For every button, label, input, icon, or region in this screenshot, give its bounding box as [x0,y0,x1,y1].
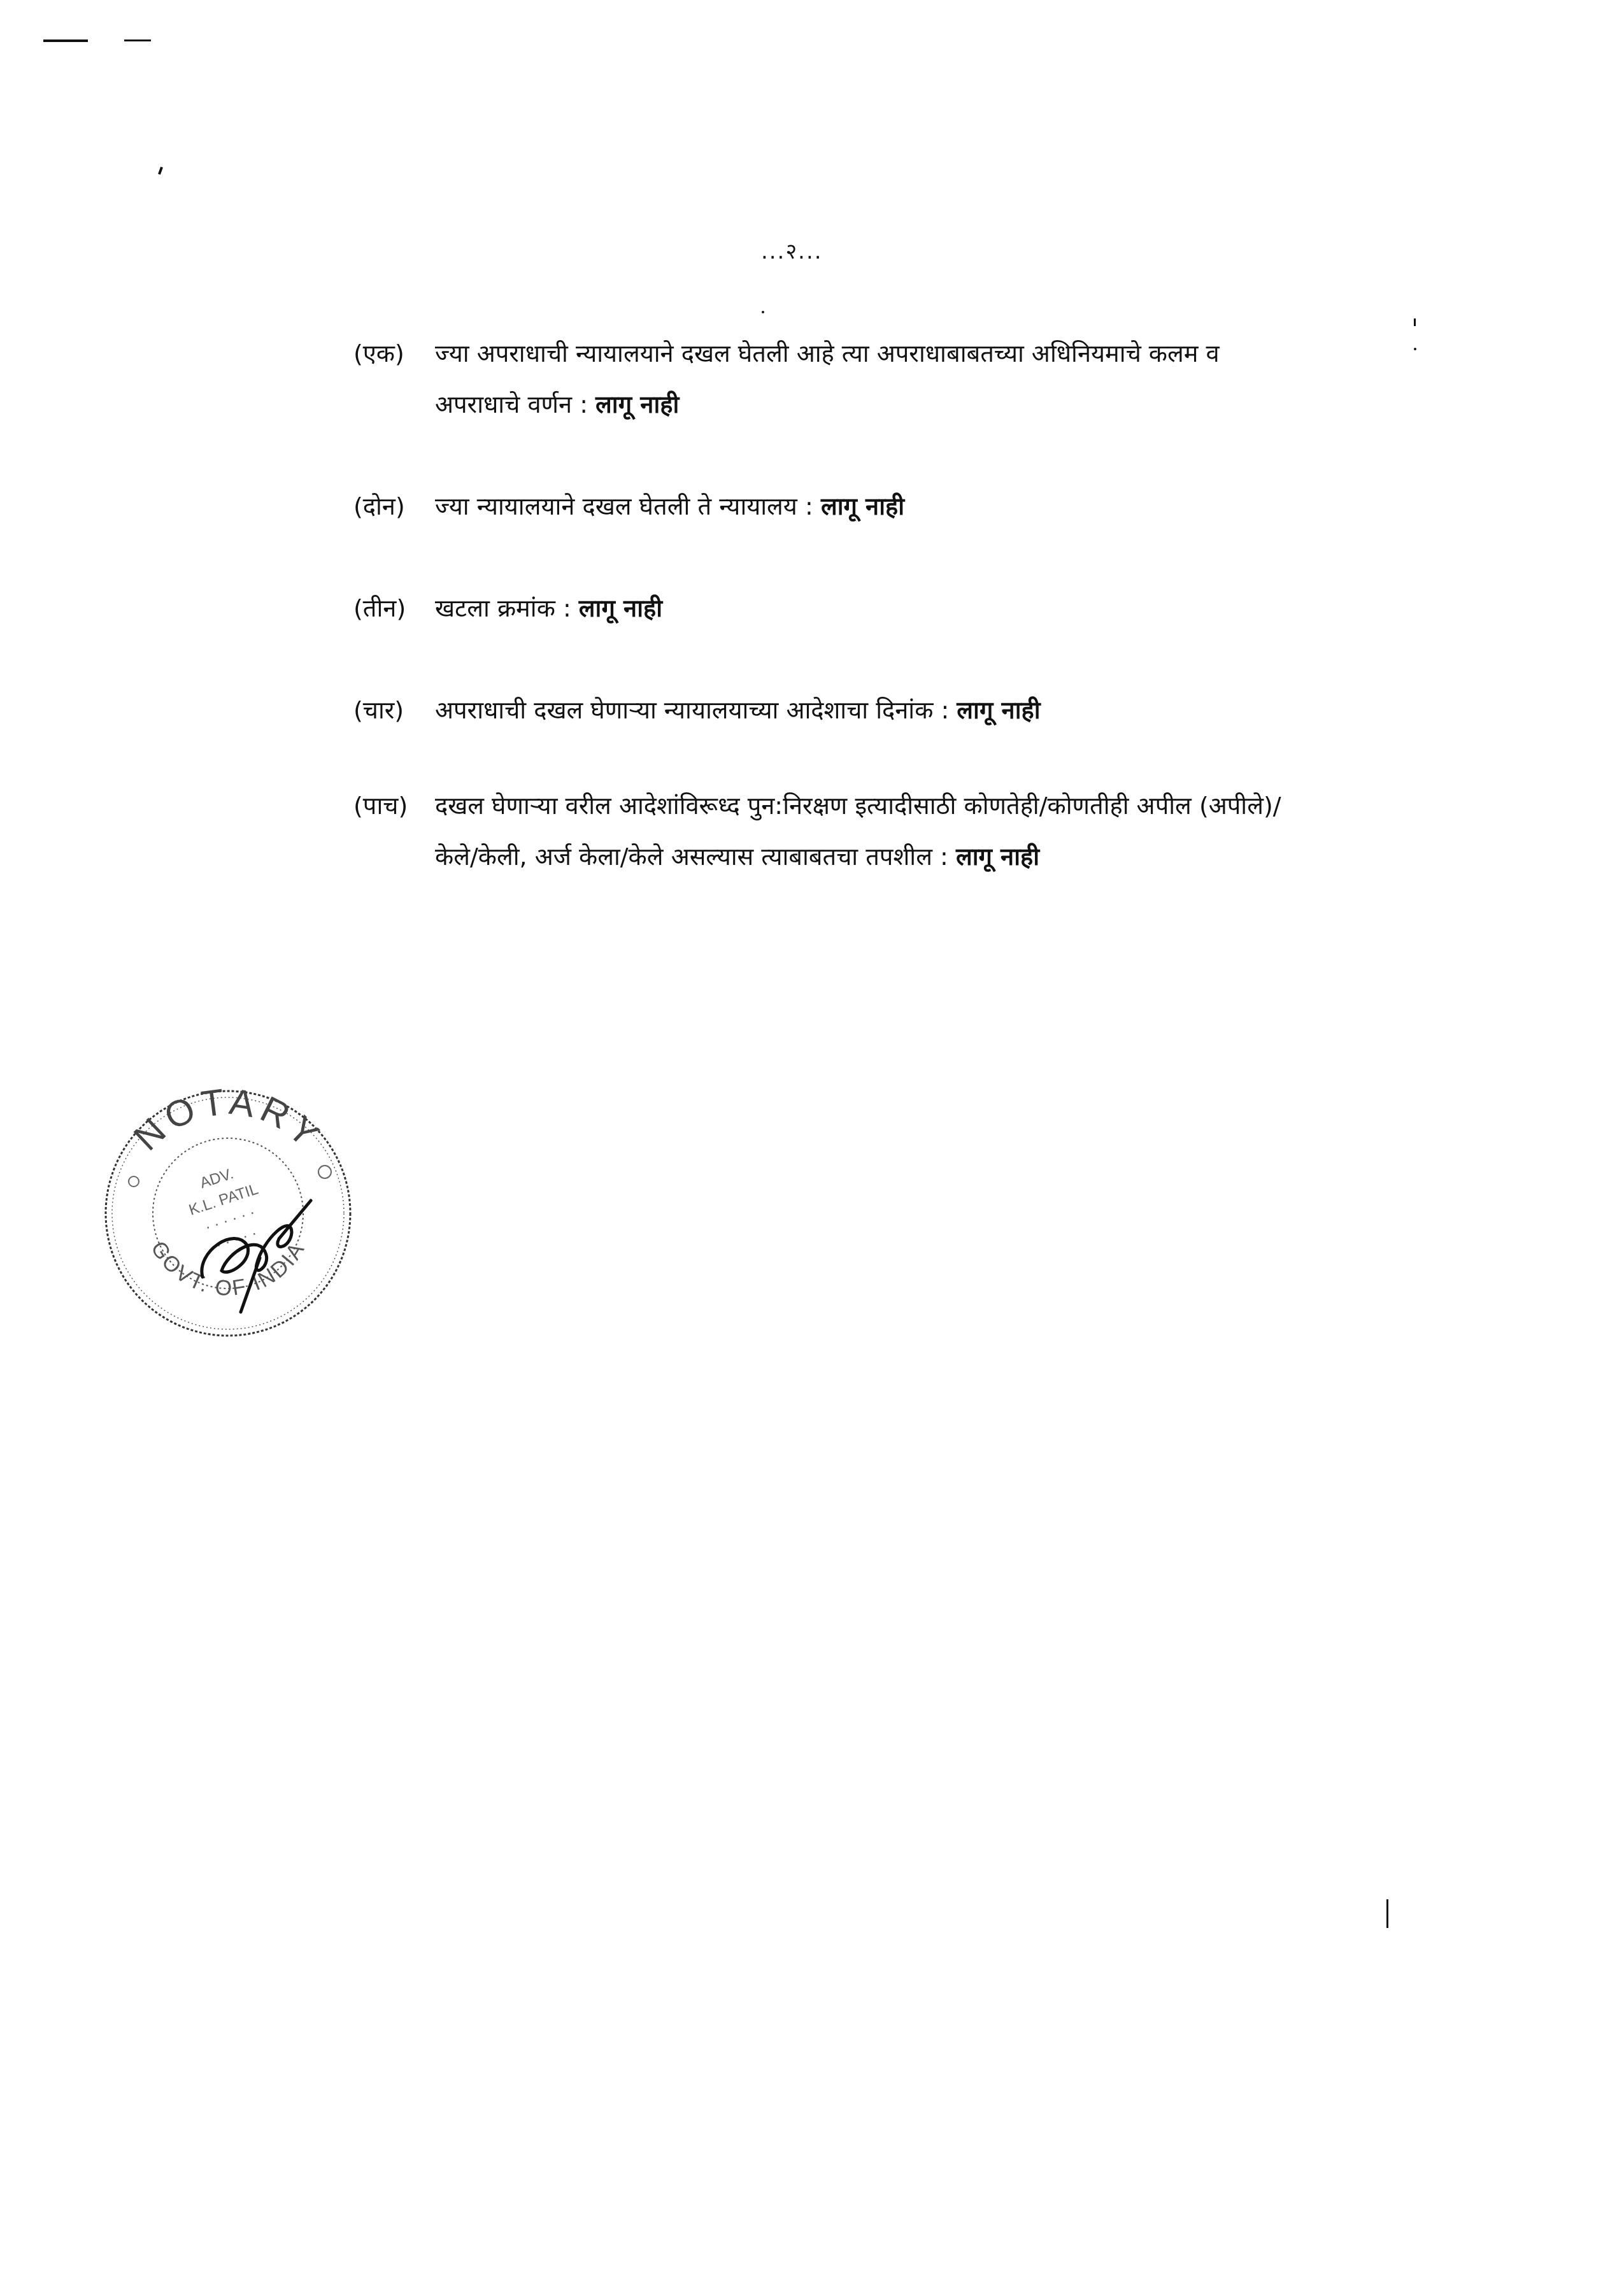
list-item: (पाच) दखल घेणाऱ्या वरील आदेशांविरूध्द पु… [353,780,1309,882]
notary-stamp: NOTARY GOVT. OF INDIA ADV. K.L. PATIL · … [101,1086,355,1341]
star-icon [129,1176,139,1187]
item-label: (एक) [353,328,424,379]
item-text: ज्या न्यायालयाने दखल घेतली ते न्यायालय : [435,492,821,520]
item-label: (चार) [353,685,424,736]
scan-artifact-right-line [1386,1899,1388,1928]
scan-artifact-right-dot-2 [1414,348,1416,350]
list-item: (दोन) ज्या न्यायालयाने दखल घेतली ते न्या… [353,481,1309,532]
scan-artifact-top-left-2 [124,39,151,41]
item-value: लागू नाही [957,696,1040,724]
item-text: खटला क्रमांक : [435,594,579,622]
star-icon [318,1166,331,1178]
page-number: ...२... [761,236,823,265]
list-item: (चार) अपराधाची दखल घेणाऱ्या न्यायालयाच्य… [353,685,1309,736]
item-text: अपराधाची दखल घेणाऱ्या न्यायालयाच्या आदेश… [435,696,957,724]
scan-artifact-dot-center [762,311,764,313]
item-value: लागू नाही [956,843,1039,871]
item-text: ज्या अपराधाची न्यायालयाने दखल घेतली आहे … [435,339,1220,418]
item-value: लागू नाही [579,594,662,622]
list-item: (तीन) खटला क्रमांक : लागू नाही [353,583,1309,634]
scan-artifact-top-left [43,39,88,42]
scan-artifact-tick [158,167,163,175]
scan-artifact-right-dot [1414,318,1416,326]
item-label: (तीन) [353,583,424,634]
stamp-top-text: NOTARY [126,1086,331,1159]
item-value: लागू नाही [595,390,679,418]
item-text: दखल घेणाऱ्या वरील आदेशांविरूध्द पुन:निरक… [435,792,1281,871]
item-value: लागू नाही [821,492,904,520]
item-label: (दोन) [353,481,424,532]
item-label: (पाच) [353,780,424,831]
list-item: (एक) ज्या अपराधाची न्यायालयाने दखल घेतली… [353,328,1309,430]
